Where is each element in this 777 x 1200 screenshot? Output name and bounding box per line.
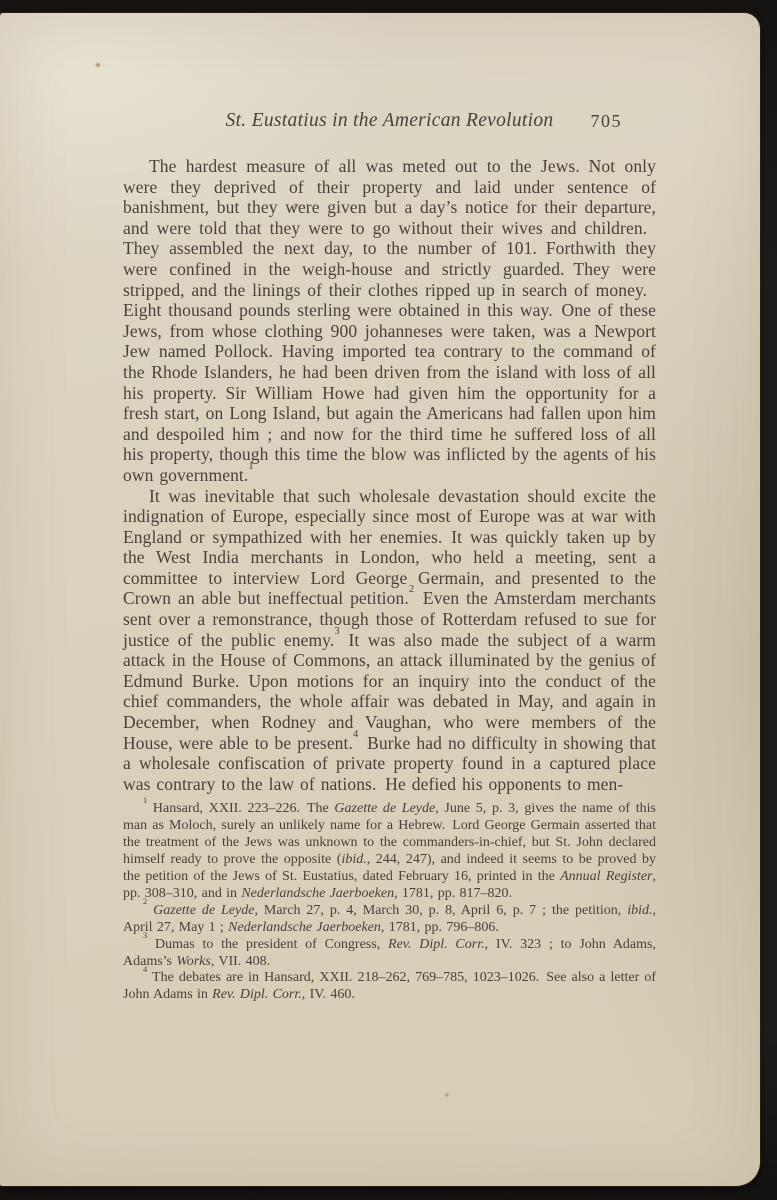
footnote: 1 Hansard, XXII. 223–226. The Gazette de… (123, 801, 656, 902)
footnote-reference: 2 (143, 897, 147, 906)
italic-citation: Works (176, 954, 211, 969)
italic-citation: Rev. Dipl. Corr. (388, 937, 485, 952)
footnote-reference: 1 (143, 796, 147, 805)
footnote-reference: 3 (143, 931, 147, 940)
footnote: 4 The debates are in Hansard, XXII. 218–… (123, 970, 656, 1004)
chapter-title: St. Eustatius in the American Revolution (123, 110, 656, 132)
footnote-reference: 3 (334, 626, 339, 637)
footnote-reference: 4 (143, 965, 147, 974)
italic-citation: Nederlandsche Jaerboeken (228, 920, 381, 935)
footnote-reference: 4 (353, 729, 358, 740)
page-number: 705 (591, 111, 623, 132)
italic-citation: Gazette de Leyde (153, 903, 254, 918)
page-content: St. Eustatius in the American Revolution… (123, 110, 656, 1004)
body-text: The hardest measure of all was meted out… (123, 156, 656, 794)
italic-citation: Annual Register (560, 869, 652, 884)
paragraph: It was inevitable that such wholesale de… (123, 486, 656, 795)
italic-citation: ibid. (627, 903, 652, 918)
footnote: 2 Gazette de Leyde, March 27, p. 4, Marc… (123, 903, 656, 937)
italic-citation: Nederlandsche Jaerboeken (241, 886, 394, 901)
paragraph: The hardest measure of all was meted out… (123, 156, 656, 486)
scanned-page: St. Eustatius in the American Revolution… (0, 13, 760, 1186)
italic-citation: ibid. (341, 852, 366, 867)
italic-citation: Rev. Dipl. Corr. (212, 987, 302, 1002)
running-header: St. Eustatius in the American Revolution… (123, 110, 656, 138)
footnotes: 1 Hansard, XXII. 223–226. The Gazette de… (123, 801, 656, 1004)
footnote-reference: 1 (248, 461, 253, 472)
footnote-reference: 2 (409, 584, 414, 595)
italic-citation: Gazette de Leyde (334, 801, 435, 816)
footnote: 3 Dumas to the president of Congress, Re… (123, 937, 656, 971)
